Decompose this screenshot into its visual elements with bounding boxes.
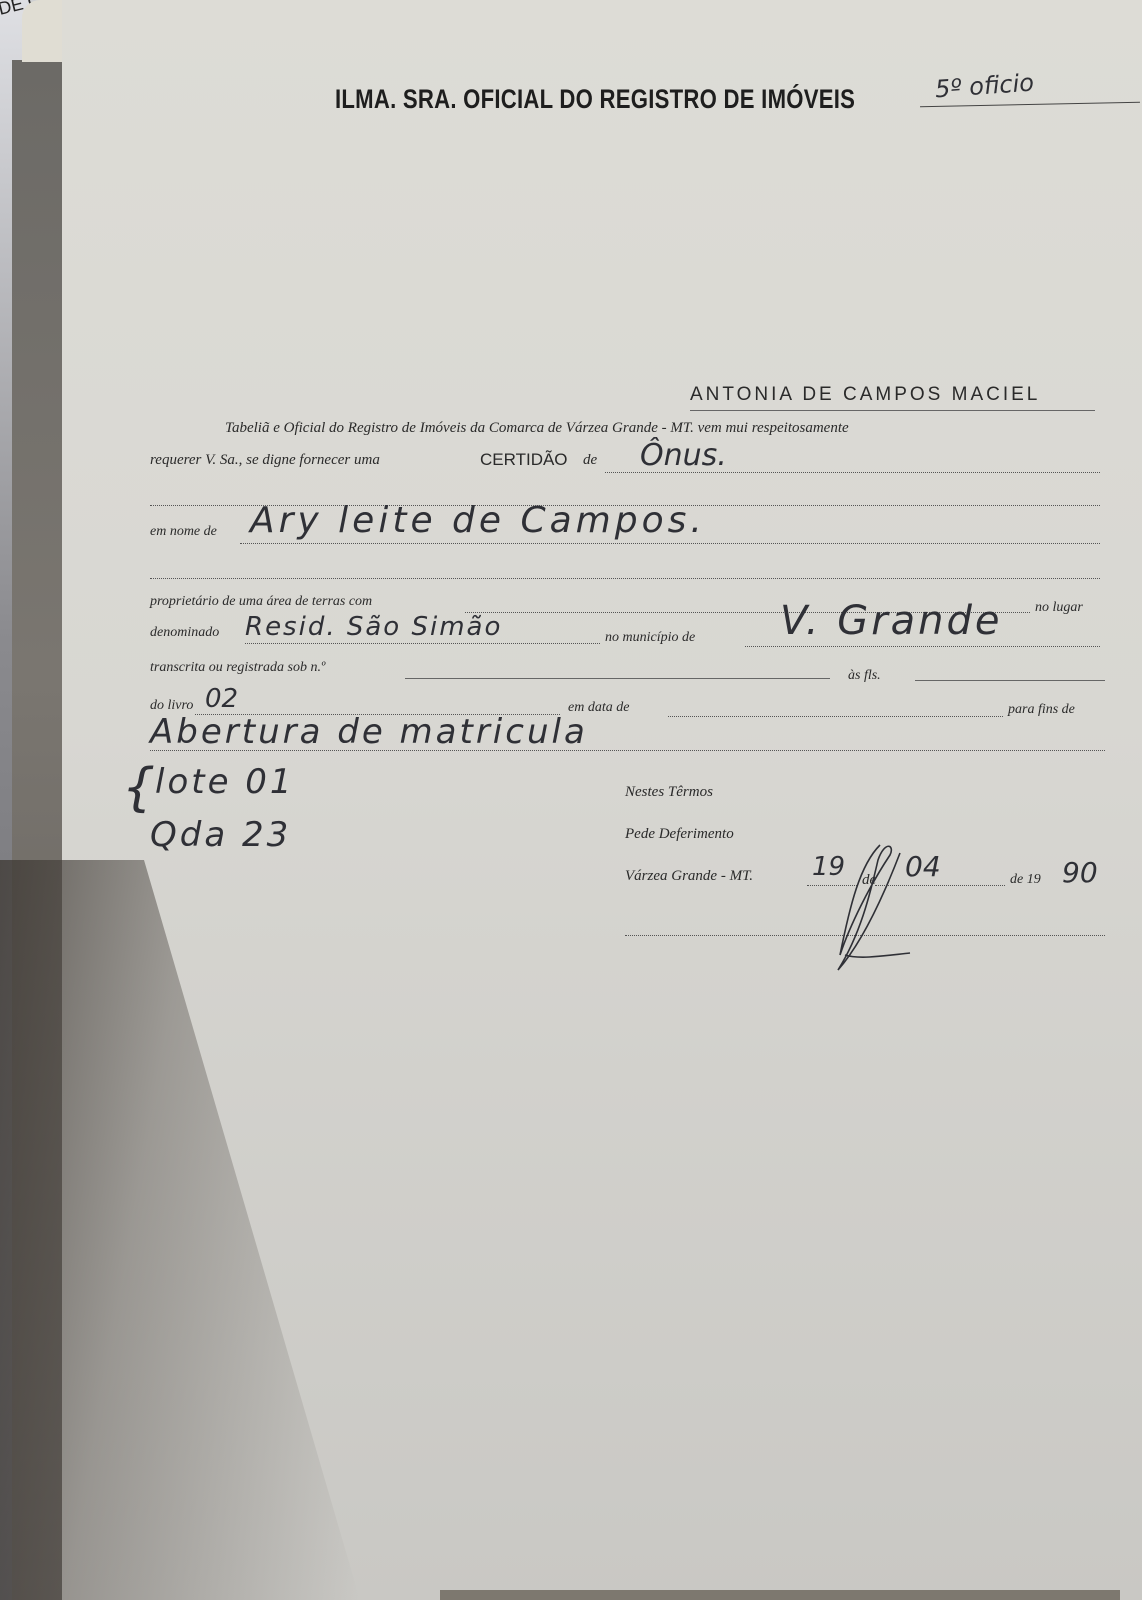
- certidao-line: [605, 472, 1100, 473]
- em-nome-de-line: [240, 543, 1100, 544]
- para-fins-field[interactable]: Abertura de matricula: [150, 712, 588, 752]
- note-lote: lote 01: [155, 762, 295, 802]
- note-quadra: Qda 23: [150, 815, 291, 855]
- municipio-field[interactable]: V. Grande: [780, 598, 1003, 644]
- background-object-bottom: [440, 1590, 1120, 1600]
- intro-line: Tabeliã e Oficial do Registro de Imóveis…: [225, 420, 849, 437]
- municipio-label: no município de: [605, 630, 695, 646]
- closing-line-1: Nestes Têrmos: [625, 784, 713, 801]
- em-data-line: [668, 716, 1003, 717]
- denominado-line: [245, 643, 600, 644]
- denominado-label: denominado: [150, 625, 219, 641]
- proprietario-label: proprietário de uma área de terras com: [150, 594, 372, 610]
- signature-icon: [820, 835, 940, 975]
- closing-line-2: Pede Deferimento: [625, 826, 734, 843]
- as-fls-label: às fls.: [848, 668, 881, 684]
- para-fins-line: [150, 750, 1105, 751]
- request-prefix: requerer V. Sa., se digne fornecer uma: [150, 452, 380, 469]
- blank-line-2: [150, 578, 1100, 579]
- document-heading: ILMA. SRA. OFICIAL DO REGISTRO DE IMÓVEI…: [335, 84, 855, 115]
- as-fls-line: [915, 680, 1105, 681]
- closing-year-prefix: de 19: [1010, 872, 1041, 888]
- closing-year-field[interactable]: 90: [1062, 856, 1098, 889]
- certidao-de: de: [583, 452, 597, 469]
- em-nome-de-field[interactable]: Ary leite de Campos.: [250, 500, 706, 541]
- para-fins-label: para fins de: [1008, 702, 1075, 718]
- closing-place: Várzea Grande - MT.: [625, 868, 753, 885]
- no-lugar-label: no lugar: [1035, 600, 1083, 616]
- certidao-type-field[interactable]: Ônus.: [640, 438, 727, 473]
- transcrita-line: [405, 678, 830, 679]
- brace-icon: {: [122, 758, 155, 818]
- livro-field[interactable]: 02: [205, 684, 238, 714]
- transcrita-label: transcrita ou registrada sob n.º: [150, 660, 325, 676]
- certidao-label: CERTIDÃO: [480, 450, 568, 470]
- municipio-line: [745, 646, 1100, 647]
- denominado-field[interactable]: Resid. São Simão: [245, 612, 502, 642]
- letterhead-underline: [690, 410, 1095, 411]
- letterhead-name: ANTONIA DE CAMPOS MACIEL: [690, 384, 1040, 406]
- em-nome-de-label: em nome de: [150, 524, 217, 540]
